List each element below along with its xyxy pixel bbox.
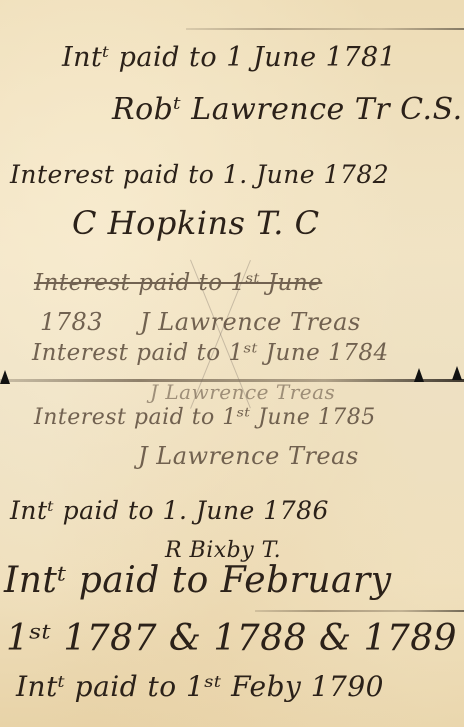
- signature-lawrence-1783: J Lawrence Treas: [140, 308, 361, 336]
- entry-1786: Intᵗ paid to 1. June 1786: [10, 496, 329, 525]
- entry-1783-struck: Interest paid to 1ˢᵗ June: [34, 270, 322, 296]
- signature-lawrence-1781: Robᵗ Lawrence Tr C.S.: [112, 92, 463, 127]
- signature-lawrence-1785: J Lawrence Treas: [138, 442, 359, 470]
- entry-february: Intᵗ paid to February: [4, 560, 392, 601]
- entry-1790: Intᵗ paid to 1ˢᵗ Feby 1790: [16, 670, 384, 703]
- fold-line-lower: [255, 610, 464, 612]
- fold-line-top: [186, 28, 464, 30]
- entry-1782: Interest paid to 1. June 1782: [10, 160, 389, 189]
- entry-1781: Intᵗ paid to 1 June 1781: [62, 42, 396, 73]
- signature-hopkins-1782: C Hopkins T. C: [72, 204, 320, 242]
- entry-1783-text: Interest paid to 1ˢᵗ June: [34, 270, 322, 296]
- entry-1784: Interest paid to 1ˢᵗ June 1784: [32, 340, 389, 366]
- entry-1787-1789: 1ˢᵗ 1787 & 1788 & 1789: [6, 618, 457, 659]
- signature-lawrence-1784: J Lawrence Treas: [150, 380, 335, 404]
- entry-1783-year: 1783: [40, 308, 103, 336]
- entry-1785: Interest paid to 1ˢᵗ June 1785: [34, 405, 376, 430]
